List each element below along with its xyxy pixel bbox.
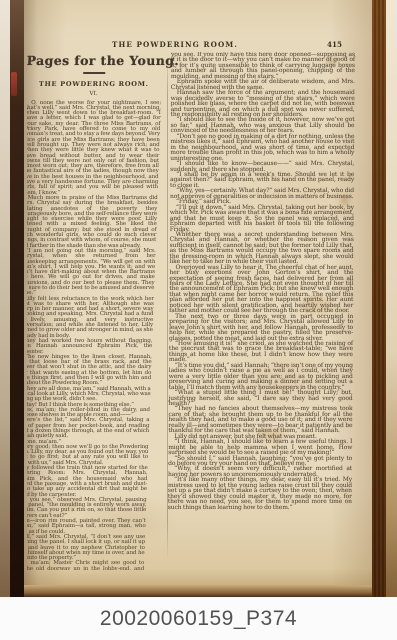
chapter-number: VI. (27, 91, 162, 97)
paragraph: you see. If you only have this here door… (171, 52, 355, 79)
paragraph: They had worked two hours without flaggi… (27, 339, 152, 355)
paragraph: Whether there was a secret understanding… (170, 232, 354, 265)
paragraph: O, none the worse for your nightmare, I … (27, 101, 161, 196)
paragraph: “The new hinges to the linen closet, Han… (27, 355, 152, 387)
paragraph: “How amusing it is!” she cried, as she w… (169, 341, 353, 363)
page-fore-edge-stack (372, 0, 386, 640)
paragraph: Overjoyed was Lilly to hear it. The chee… (169, 265, 353, 314)
paragraph: “Iron—iron rim round, painted over. They… (27, 519, 146, 535)
printed-content: THE POWDERING ROOM. 415 Pages for the Yo… (24, 0, 372, 592)
chapter-title: THE POWDERING ROOM. (27, 80, 162, 88)
left-column-paragraphs: O, none the worse for your nightmare, I … (27, 101, 161, 570)
paragraph: “What a stupid little thing I must be!” … (169, 390, 353, 406)
catalog-number: 20020060159_P374 (100, 607, 297, 631)
paragraph: “They had no fancies about themselves—my… (168, 406, 352, 433)
paragraph: “I think, Hannah, I should like to learn… (168, 439, 352, 455)
paragraph: “I am not going out this morning,” said … (27, 249, 156, 297)
paragraph: Hannah saw the force of the argument; an… (171, 90, 355, 117)
paragraph: “It’s like many other things, my dear, e… (168, 477, 352, 510)
two-column-text-block: Pages for the Young. THE POWDERING ROOM.… (27, 52, 369, 570)
paragraph: Lilly followed the train that now starte… (27, 466, 148, 498)
section-masthead: Pages for the Young. (27, 53, 163, 68)
running-title: THE POWDERING ROOM. (112, 40, 238, 49)
masthead-rule (83, 72, 105, 74)
paragraph: “Ah, you see,” observed Mrs. Chrystal, p… (27, 498, 147, 519)
red-ribbon-marker (11, 72, 17, 96)
paragraph: “Here’s the list,” said Mrs. Chrystal, t… (27, 418, 150, 439)
page-number: 415 (327, 40, 342, 49)
paragraph: “Yes, ma’am; Master Chris might see good… (27, 561, 144, 570)
paragraph: “They are all done, ma’am,” said Hannah,… (27, 387, 151, 403)
paragraph: Much more in praise of the Miss Bartrams… (27, 196, 158, 249)
right-column-paragraphs: you see. If you only have this here door… (168, 52, 355, 510)
paragraph: “Don’t see no good in making of a dirt f… (170, 134, 354, 161)
adjacent-page-edge (386, 0, 397, 640)
paragraph: “Very good; then now we’ll go to the Pow… (27, 445, 149, 466)
paragraph: “I should like to see the inside of it, … (170, 117, 354, 133)
paragraph: “I’ll put it down,” said Mrs. Chrystal, … (170, 205, 354, 232)
paragraph: “Well,” said Mrs. Chrystal, “I don’t see… (27, 535, 145, 561)
background-left-margin (0, 0, 10, 598)
left-column: Pages for the Young. THE POWDERING ROOM.… (27, 52, 163, 570)
paragraph: Lilly felt less reluctance to the work w… (27, 297, 154, 339)
book-page-photograph: THE POWDERING ROOM. 415 Pages for the Yo… (0, 0, 397, 640)
catalog-label-strip: 20020060159_P374 (0, 597, 397, 640)
paragraph: The next two or three days were in part … (169, 314, 353, 341)
right-column: you see. If you only have this here door… (167, 52, 355, 570)
paragraph: “It’s time you did,” said Hannah; “there… (169, 363, 353, 390)
running-head: THE POWDERING ROOM. 415 (24, 40, 364, 50)
paragraph: “I shall be by again in a week’s time. S… (170, 172, 354, 188)
